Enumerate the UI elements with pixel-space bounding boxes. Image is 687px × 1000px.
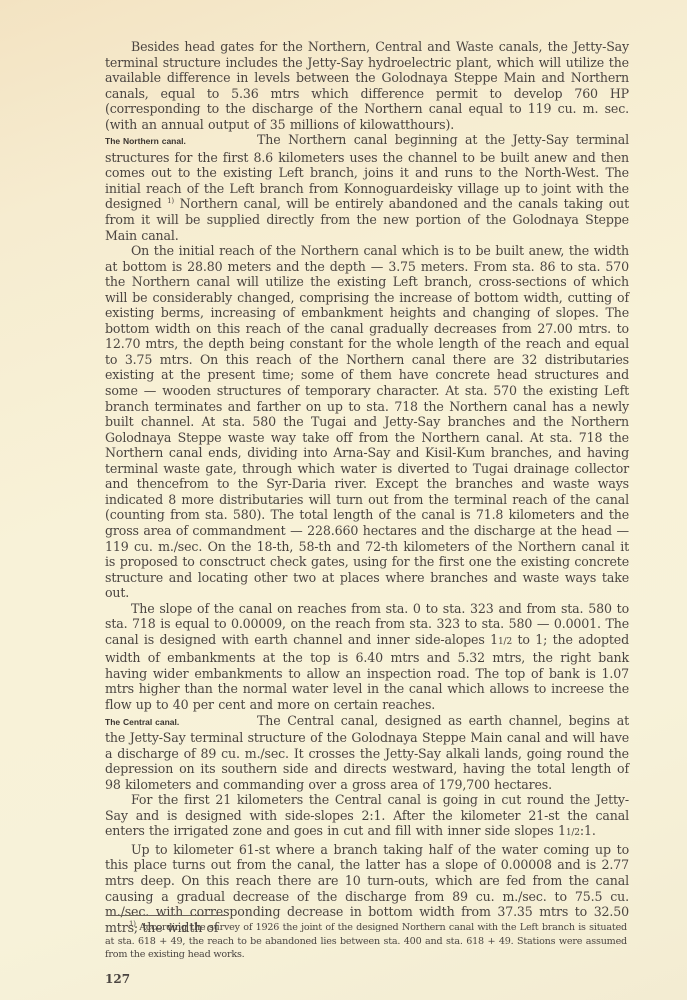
fraction: 1/2 — [498, 637, 512, 647]
paragraph-central-canal: The Central canal.The Central canal, des… — [105, 713, 629, 793]
footnote-ref[interactable]: 1) — [167, 197, 174, 205]
footnote-marker: 1) — [129, 920, 136, 928]
fraction: 1/2 — [566, 828, 580, 838]
paragraph-slope: The slope of the canal on reaches from s… — [105, 601, 629, 713]
first-21-text-a: For the first 21 kilometers the Central … — [105, 792, 629, 838]
page-body: Besides head gates for the Northern, Cen… — [105, 39, 629, 935]
paragraph-initial-reach: On the initial reach of the Northern can… — [105, 243, 629, 601]
paragraph-northern-canal: The Northern canal.The Northern canal be… — [105, 132, 629, 243]
paragraph-first-21-km: For the first 21 kilometers the Central … — [105, 792, 629, 842]
sidehead-northern-canal: The Northern canal. — [105, 134, 257, 150]
first-21-text-b: :1. — [580, 823, 596, 838]
footnote-text: According the survey of 1926 the joint o… — [105, 922, 627, 960]
footnote-divider — [108, 915, 228, 916]
page-number: 127 — [105, 972, 130, 986]
paragraph-intro: Besides head gates for the Northern, Cen… — [105, 39, 629, 132]
sidehead-central-canal: The Central canal. — [105, 715, 257, 731]
footnote-paragraph: 1) According the survey of 1926 the join… — [105, 921, 627, 962]
footnote: 1) According the survey of 1926 the join… — [105, 921, 627, 962]
northern-canal-text-b: Northern canal, will be entirely abandon… — [105, 196, 629, 242]
